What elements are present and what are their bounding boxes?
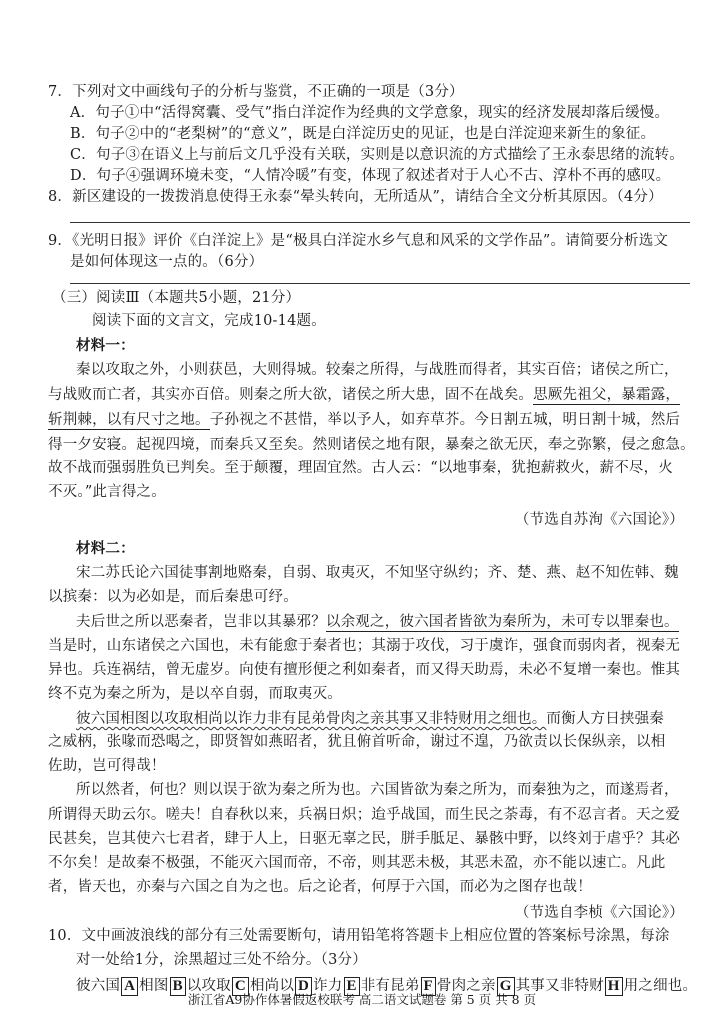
material-2-text: 夫后世之所以恶秦者，岂非以其暴邪？ [76,614,326,630]
material-2-line: 所以然者，何也？则以误于欲为秦之所为也。六国皆欲为秦之所为，而秦独为之，而遂焉者… [76,780,679,800]
question-7-stem: 7．下列对文中画线句子的分析与鉴赏，不正确的一项是（3分） [48,82,464,102]
material-2-line: 以摈秦：以为必如是，而后秦患可纾。 [48,587,298,607]
material-2-line: 之威柄，张喙而恐喝之，即贤智如燕昭者，犹且俯首听命，谢过不遑，乃欲责以长保纵亲，… [48,732,665,752]
material-2-line: 终不克为秦之所为，是以卒自弱，而取夷灭。 [48,684,342,704]
question-8-stem: 8．新区建设的一拨拨消息使得王永泰“晕头转向，无所适从”，请结合全文分析其原因。… [48,187,663,207]
material-2-line: 所谓得天助云尔。嗟夫！自春秋以来，兵祸日炽；迨乎战国，而生民之荼毒，有不忍言者。… [48,805,680,825]
question-7-option-d: D．句子④强调环境未变，“人情冷暖”有变，体现了叙述者对于人心不古、淳朴不再的感… [70,166,670,186]
wavy-underlined-sentence: 彼六国相图以攻取相尚以诈力非有昆弟骨肉之亲其事又非特财用之细也。 [76,711,546,727]
material-1-text: 与战败而亡者，其实亦百倍。则秦之所大欲，诸侯之所大患，固不在战矣。 [48,387,533,403]
material-2-line: 者，皆天也，亦秦与六国之自为之也。后之论者，何厚于六国，而必为之图存也哉！ [48,877,592,897]
material-2-label: 材料二： [76,539,135,559]
material-1-line: 斩荆棘，以有尺寸之地。子孙视之不甚惜，举以予人，如弃草芥。今日割五城，明日割十城… [48,410,680,430]
page-footer: 浙江省A9协作体暑假返校联考 高二语文试题卷 第 5 页 共 8 页 [0,990,724,1008]
answer-line-q8[interactable] [70,222,690,223]
material-2-line: 不尔矣！是故秦不极强，不能灭六国而帝，不帝，则其恶未极，其恶未盈，亦不能以速亡。… [48,853,665,873]
underlined-sentence: 斩荆棘，以有尺寸之地。 [48,412,210,430]
material-2-line: 民甚矣，岂其使六七君者，肆于人上，日驱无辜之民，胼手胝足、暴骸中野，以终刘于虐乎… [48,829,680,849]
material-2-line: 夫后世之所以恶秦者，岂非以其暴邪？以余观之，彼六国者皆欲为秦所为，未可专以罪秦也… [76,612,679,632]
material-2-line: 佐助，岂可得哉！ [48,756,166,776]
material-2-line: 当是时，山东诸侯之六国也，未有能愈于秦者也；其溺于攻伐，习于虞诈，强食而弱肉者，… [48,636,680,656]
answer-line-q9[interactable] [70,283,690,284]
question-7-option-c: C．句子③在语义上与前后文几乎没有关联，实则是以意识流的方式描绘了王永泰思绪的流… [70,145,684,165]
material-2-text: 而衡人方日挟强秦 [546,711,664,727]
material-1-line: 秦以攻取之外，小则获邑，大则得城。较秦之所得，与战胜而得者，其实百倍；诸侯之所亡… [76,360,679,380]
material-1-line: 故不战而强弱胜负已判矣。至于颠覆，理固宜然。古人云：“以地事秦，犹抱薪救火，薪不… [48,458,673,478]
material-1-line: 得一夕安寝。起视四境，而秦兵又至矣。然则诸侯之地有限，暴秦之欲无厌，奉之弥繁，侵… [48,435,695,455]
section-3-title: （三）阅读Ⅲ（本题共5小题，21分） [52,288,300,308]
material-1-line: 不灭。”此言得之。 [48,482,166,502]
material-1-text: 子孙视之不甚惜，举以予人，如弃草芥。今日割五城，明日割十城，然后 [210,412,680,428]
material-2-source: （节选自李桢《六国论》） [515,903,684,923]
material-1-source: （节选自苏洵《六国论》） [515,510,684,530]
underlined-sentence: 以余观之，彼六国者皆欲为秦所为，未可专以罪秦也。 [326,614,679,632]
question-7-option-b: B．句子②中的“老梨树”的“意义”，既是白洋淀历史的见证，也是白洋淀迎来新生的象… [70,124,655,144]
question-9-stem-line2: 是如何体现这一点的。（6分） [70,252,263,272]
question-7-option-a: A．句子①中“活得窝囊、受气”指白洋淀作为经典的文学意象，现实的经济发展却落后缓… [70,103,669,123]
material-1-line: 与战败而亡者，其实亦百倍。则秦之所大欲，诸侯之所大患，固不在战矣。思厥先祖父，暴… [48,385,680,405]
material-2-line: 宋二苏氏论六国徒事割地赂秦，自弱、取夷灭，不知坚守纵约；齐、楚、燕、赵不知佐韩、… [76,563,679,583]
material-2-line: 彼六国相图以攻取相尚以诈力非有昆弟骨肉之亲其事又非特财用之细也。而衡人方日挟强秦 [76,709,664,729]
question-9-stem-line1: 9．《光明日报》评价《白洋淀上》是“极具白洋淀水乡气息和风采的文学作品”。请简要… [48,231,668,251]
underlined-sentence: 思厥先祖父，暴霜露， [533,387,680,405]
material-1-label: 材料一： [76,336,135,356]
question-10-stem-line1: 10．文中画波浪线的部分有三处需要断句，请用铅笔将答题卡上相应位置的答案标号涂黑… [48,926,670,946]
section-3-instruction: 阅读下面的文言文，完成10-14题。 [92,311,326,331]
question-10-stem-line2: 对一处给1分，涂黑超过三处不给分。（3分） [76,950,367,970]
material-2-line: 异也。兵连祸结，曾无虚岁。向使有擅形便之利如秦者，而又得天助焉，未必不复增一秦也… [48,660,680,680]
